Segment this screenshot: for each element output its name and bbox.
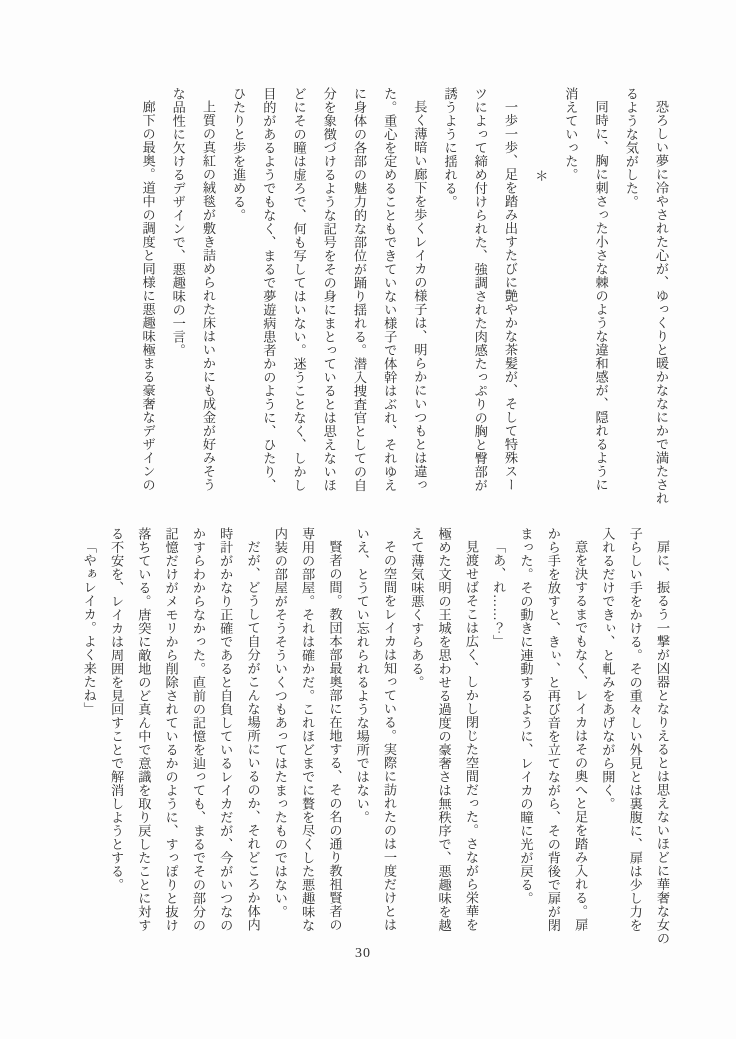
text-column: 扉に、振るう一撃が凶器となりえるとは思えないほどに華奢な女の — [649, 527, 676, 951]
text-column: えて薄気味悪くすらある。 — [403, 527, 430, 951]
text-column: 長く薄暗い廊下を歩くレイカの様子は、明らかにいつもとは違っ — [404, 87, 434, 511]
text-column: まった。その動きに連動するように、レイカの瞳に光が戻る。 — [512, 527, 539, 951]
text-column: 意を決するまでもなく、レイカはその奥へと足を踏み入れる。扉 — [567, 527, 594, 951]
text-column: な品性に欠けるデザインで、悪趣味の一言。 — [163, 87, 193, 511]
text-column: 賢者の間。教団本部最奥部に在地する、その名の通り教祖賢者の — [321, 527, 348, 951]
text-column: どにその瞳は虚ろで、何も写してはいない。迷うことなく、しかし — [283, 87, 313, 511]
text-column: 誘うように揺れる。 — [434, 87, 464, 511]
text-column: 廊下の最奥。道中の調度と同様に悪趣味極まる豪奢なデザインの — [132, 87, 162, 511]
text-column: 子らしい手をかける。その重々しい外見とは裏腹に、扉は少し力を — [621, 527, 648, 951]
text-column: 「あ、れ……？」 — [485, 527, 512, 951]
text-column: 落ちている。唐突に敵地のど真ん中で意識を取り戻したことに対す — [130, 527, 157, 951]
text-column: に身体の各部の魅力的な部位が踊り揺れる。潜入捜査官としての自 — [344, 87, 374, 511]
text-column: 恐ろしい夢に冷やされた心が、ゆっくりと暖かななにかで満たされ — [646, 87, 676, 511]
text-column: 入れるだけできぃ、と軋みをあげながら開く。 — [594, 527, 621, 951]
text-column: た。重心を定めることもできていない様子で体幹はぶれ、それゆえ — [374, 87, 404, 511]
text-column: ツによって締め付けられた、強調された肉感たっぷりの胸と臀部が — [465, 87, 495, 511]
page-number: 30 — [341, 946, 385, 962]
section-separator: ＊ — [525, 87, 555, 511]
text-column: いえ、とうてい忘れられるような場所ではない。 — [348, 527, 375, 951]
text-column: 上質の真紅の絨毯が敷き詰められた床はいかにも成金が好みそう — [193, 87, 223, 511]
text-column: 内装の部屋がそうそういくつもあってはたまったものではない。 — [267, 527, 294, 951]
text-column: 同時に、胸に刺さった小さな棘のような違和感が、隠れるように — [585, 87, 615, 511]
text-block-bottom: 扉に、振るう一撃が凶器となりえるとは思えないほどに華奢な女の子らしい手をかける。… — [75, 527, 676, 951]
text-column: から手を放すと、きぃ、と再び音を立てながら、その背後で扉が閉 — [540, 527, 567, 951]
text-column: 時計がかなり正確であると自負しているレイカだが、今がいつなの — [212, 527, 239, 951]
text-column: 目的があるようでもなく、まるで夢遊病患者かのように、ひたり、 — [253, 87, 283, 511]
text-column: 分を象徴づけるような記号をその身にまとっているとは思えないほ — [314, 87, 344, 511]
text-column: ひたりと歩を進める。 — [223, 87, 253, 511]
text-block-top: 恐ろしい夢に冷やされた心が、ゆっくりと暖かななにかで満たされるような気がした。同… — [132, 87, 676, 511]
text-column: 一歩一歩、足を踏み出すたびに艶やかな茶髪が、そして特殊スー — [495, 87, 525, 511]
text-column: 記憶だけがメモリから削除されているかのように、すっぽりと抜け — [157, 527, 184, 951]
text-column: だが、どうして自分がこんな場所にいるのか、それどころか体内 — [239, 527, 266, 951]
text-column: るような気がした。 — [616, 87, 646, 511]
novel-page: 恐ろしい夢に冷やされた心が、ゆっくりと暖かななにかで満たされるような気がした。同… — [0, 0, 736, 1039]
text-column: 消えていった。 — [555, 87, 585, 511]
text-column: かすらわからなかった。直前の記憶を辿っても、まるでその部分の — [185, 527, 212, 951]
text-column: る不安を、レイカは周囲を見回すことで解消しようとする。 — [103, 527, 130, 951]
text-column: 見渡せばそこは広く、しかし閉じた空間だった。さながら栄華を — [458, 527, 485, 951]
text-column: 「やぁレイカ。よく来たね」 — [75, 527, 102, 951]
text-column: その空間をレイカは知っている。実際に訪れたのは一度だけとは — [376, 527, 403, 951]
text-column: 極めた文明の王城を思わせる過度の豪奢さは無秩序で、悪趣味を越 — [430, 527, 457, 951]
text-column: 専用の部屋。それは確かだ。これほどまでに贅を尽くした悪趣味な — [294, 527, 321, 951]
